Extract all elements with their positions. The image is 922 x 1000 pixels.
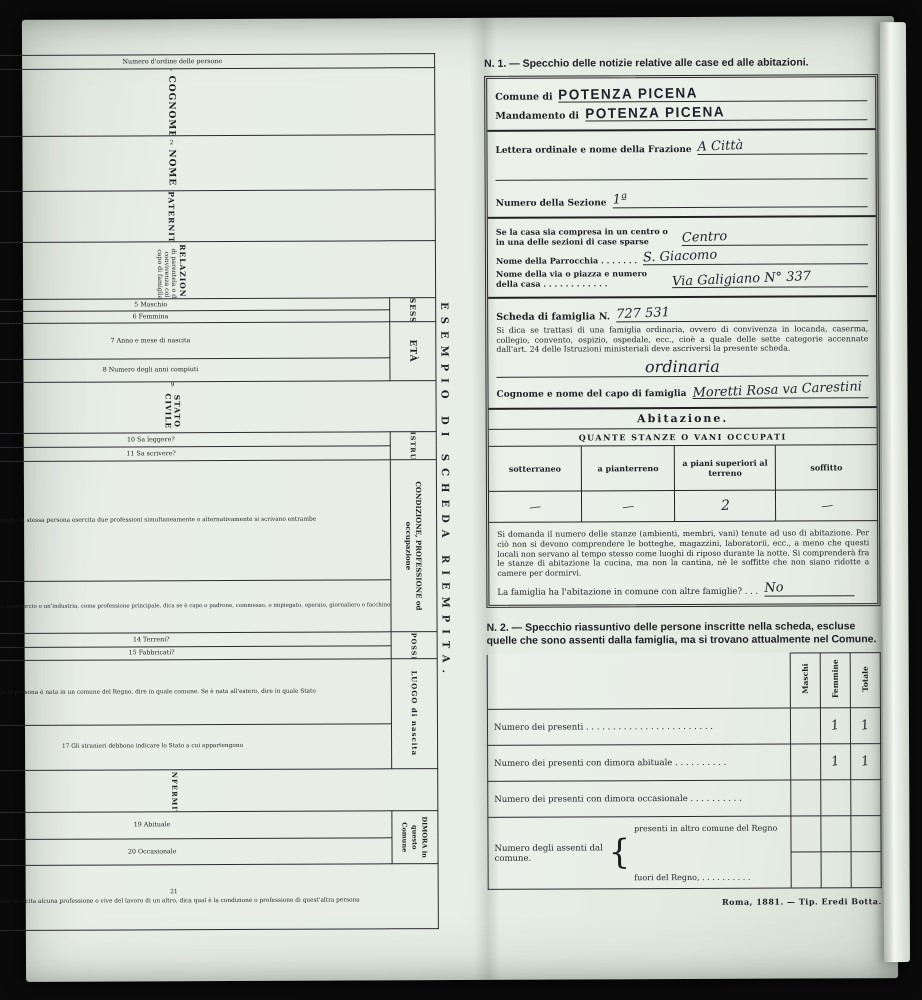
n2-assenti-label: Numero degli assenti dal comune. — [495, 843, 605, 863]
n2-value: 1 — [821, 744, 851, 780]
n2-row-label: Numero dei presenti con dimora occasiona… — [488, 780, 791, 817]
frazione-section: Lettera ordinale e nome della FrazioneA … — [487, 128, 875, 217]
n2-value — [851, 780, 881, 816]
n2-header-row: Maschi Femmine Totale — [487, 653, 880, 710]
header-condizione-professione: CONDIZIONE, PROFESSIONE od occupazione — [390, 460, 437, 633]
header-infermita: 18INFERMITÀ — [0, 768, 438, 813]
header-eta: ETÀ — [390, 322, 436, 381]
stanze-value: — — [776, 490, 877, 520]
header-stato-civile: 9STATO CIVILE — [0, 380, 436, 433]
printer-imprint: Roma, 1881. — Tip. Eredi Botta. — [488, 896, 882, 908]
n2-col-maschi: Maschi — [790, 653, 820, 708]
n2-value — [791, 744, 821, 780]
n1-heading: N. 1. — Specchio delle notizie relative … — [484, 56, 878, 70]
n2-row-dimora-occasionale: Numero dei presenti con dimora occasiona… — [488, 780, 881, 818]
n2-row-presenti: Numero dei presenti . . . . . . . . . . … — [487, 708, 880, 746]
n2-assenti-label-cell: Numero degli assenti dal comune. { prese… — [488, 816, 791, 889]
header-occasionale: 20 Occasionale — [0, 837, 392, 865]
header-persona-commercio: 13 LA PERSONA che esercita un commercio … — [0, 579, 391, 634]
header-nome: 2NOME — [0, 135, 435, 192]
n2-value — [851, 816, 881, 852]
categoria-value: ordinaria — [645, 357, 720, 376]
stanze-col-sotterraneo: sotterraneo — [489, 447, 582, 492]
casa-section: Se la casa sia compresa in un centro o i… — [488, 215, 876, 297]
centro-value: Centro — [682, 229, 728, 246]
header-professione-note: 12 Quando la stessa persona esercita due… — [0, 460, 391, 582]
via-value: Via Galigiano N° 337 — [672, 269, 812, 289]
stanze-col-pianterreno: a pianterreno — [582, 446, 675, 491]
header-luogo-nascita: LUOGO di nascita — [391, 658, 437, 768]
header-possiede: POSSIEDE — [391, 632, 437, 659]
stanze-note: Si domanda il numero delle stanze (ambie… — [497, 528, 869, 578]
header-abituale: 19 Abituale — [0, 811, 392, 839]
n2-value — [821, 852, 851, 888]
stanze-col-soffitto: soffitto — [776, 445, 877, 490]
n1-form: Comune diPOTENZA PICENA Mandamento diPOT… — [484, 74, 880, 608]
header-comune-nascita: 16 Se la persona è nata in un comune del… — [0, 659, 391, 726]
n2-summary-table: Maschi Femmine Totale Numero dei present… — [487, 652, 882, 890]
n2-value — [821, 816, 851, 852]
header-paternita: 3PATERNITÀ — [0, 190, 435, 243]
n2-value: 1 — [820, 708, 850, 744]
n2-value — [791, 816, 821, 852]
header-stranieri: 17 Gli stranieri debbono indicare lo Sta… — [0, 724, 392, 771]
stanze-value: — — [489, 492, 582, 522]
family-members-table: Numero d'ordine delle persone 1COGNOME 2… — [0, 53, 439, 932]
comune-question: La famiglia ha l'abitazione in comune co… — [497, 587, 758, 598]
n2-col-totale: Totale — [850, 653, 880, 708]
parrocchia-value: S. Giacomo — [643, 248, 718, 266]
abitazione-section: Abitazione. QUANTE STANZE O VANI OCCUPAT… — [489, 406, 878, 604]
comune-answer: No — [764, 580, 784, 596]
center-fold-crease — [470, 18, 500, 980]
n2-value: 1 — [851, 744, 881, 780]
n2-value — [821, 780, 851, 816]
centro-label: Se la casa sia compresa in un centro o i… — [496, 226, 676, 247]
header-istruzione: ISTRUZIONE — [390, 431, 436, 460]
header-row-categories: Numero d'ordine delle persone 1COGNOME 2… — [389, 54, 439, 929]
mandamento-label: Mandamento di — [495, 110, 579, 121]
comune-label: Comune di — [495, 92, 552, 103]
right-form-page: N. 1. — Specchio delle notizie relative … — [484, 56, 882, 908]
header-anni-compiuti: 8 Numero degli anni compiuti — [0, 358, 390, 382]
n2-value — [851, 852, 881, 888]
abitazione-title: Abitazione. — [489, 408, 877, 429]
brace-glyph: { — [608, 838, 630, 869]
n2-heading: N. 2. — Specchio riassuntivo delle perso… — [487, 620, 881, 648]
capo-value: Moretti Rosa va Carestini — [692, 379, 862, 401]
header-anno-nascita: 7 Anno e mese di nascita — [0, 322, 390, 361]
stanze-value: — — [582, 491, 675, 521]
scheda-label: Scheda di famiglia N. — [496, 311, 610, 322]
scheda-number: 727 531 — [616, 305, 670, 322]
stanze-title: QUANTE STANZE O VANI OCCUPATI — [489, 427, 877, 447]
frazione-label: Lettera ordinale e nome della Frazione — [495, 145, 691, 156]
header-dimora: DIMORA in questo Comune — [392, 811, 438, 864]
sezione-value: 1ª — [612, 192, 627, 208]
via-label: Nome della via o piazza e numero della c… — [496, 268, 666, 289]
n2-row-label: Numero dei presenti . . . . . . . . . . … — [487, 708, 790, 745]
comune-stamp: POTENZA PICENA — [558, 85, 698, 103]
n2-col-femmine: Femmine — [820, 653, 850, 708]
capo-label: Cognome e nome del capo di famiglia — [497, 389, 687, 400]
n2-value — [790, 708, 820, 744]
page-curl-edge — [880, 22, 910, 962]
n2-value — [791, 852, 821, 888]
header-cognome: 1COGNOME — [0, 68, 435, 137]
n2-row-assenti-regno: Numero degli assenti dal comune. { prese… — [488, 816, 881, 854]
left-rotated-example-page: ESEMPIO DI SCHEDA RIEMPITA. Numero d'ord… — [48, 53, 452, 931]
header-relazione: 4RELAZIONEdi parentela o di convivenza c… — [0, 240, 436, 299]
n2-row-label: Numero dei presenti con dimora abituale … — [488, 744, 791, 781]
stanze-value: 2 — [675, 491, 776, 521]
comune-section: Comune diPOTENZA PICENA Mandamento diPOT… — [487, 77, 875, 130]
n2-assenti-sub1: presenti in altro comune del Regno — [634, 823, 777, 833]
categoria-note: Si dica se trattasi di una famiglia ordi… — [496, 324, 868, 355]
census-sheet-paper: ESEMPIO DI SCHEDA RIEMPITA. Numero d'ord… — [22, 16, 898, 982]
parrocchia-label: Nome della Parrocchia . . . . . . . — [496, 255, 637, 266]
header-col21: 21Chi non esercita alcuna professione o … — [0, 864, 438, 931]
n2-row-dimora-abituale: Numero dei presenti con dimora abituale … — [488, 744, 881, 782]
scanned-census-document: { "left_page": { "title": "ESEMPIO DI SC… — [0, 0, 922, 1000]
n2-assenti-sub2: fuori del Regno, . . . . . . . . . . — [634, 872, 777, 882]
n2-value — [791, 780, 821, 816]
mandamento-stamp: POTENZA PICENA — [585, 104, 725, 122]
frazione-value: A Città — [697, 138, 743, 155]
stanze-table: sotterraneo a pianterreno a piani superi… — [489, 445, 877, 522]
n2-value: 1 — [850, 708, 880, 744]
sezione-label: Numero della Sezione — [496, 198, 607, 208]
stanze-col-superiori: a piani superiori al terreno — [675, 446, 776, 491]
scheda-section: Scheda di famiglia N.727 531 Si dica se … — [488, 295, 876, 408]
header-sesso: SESSO — [390, 297, 436, 322]
